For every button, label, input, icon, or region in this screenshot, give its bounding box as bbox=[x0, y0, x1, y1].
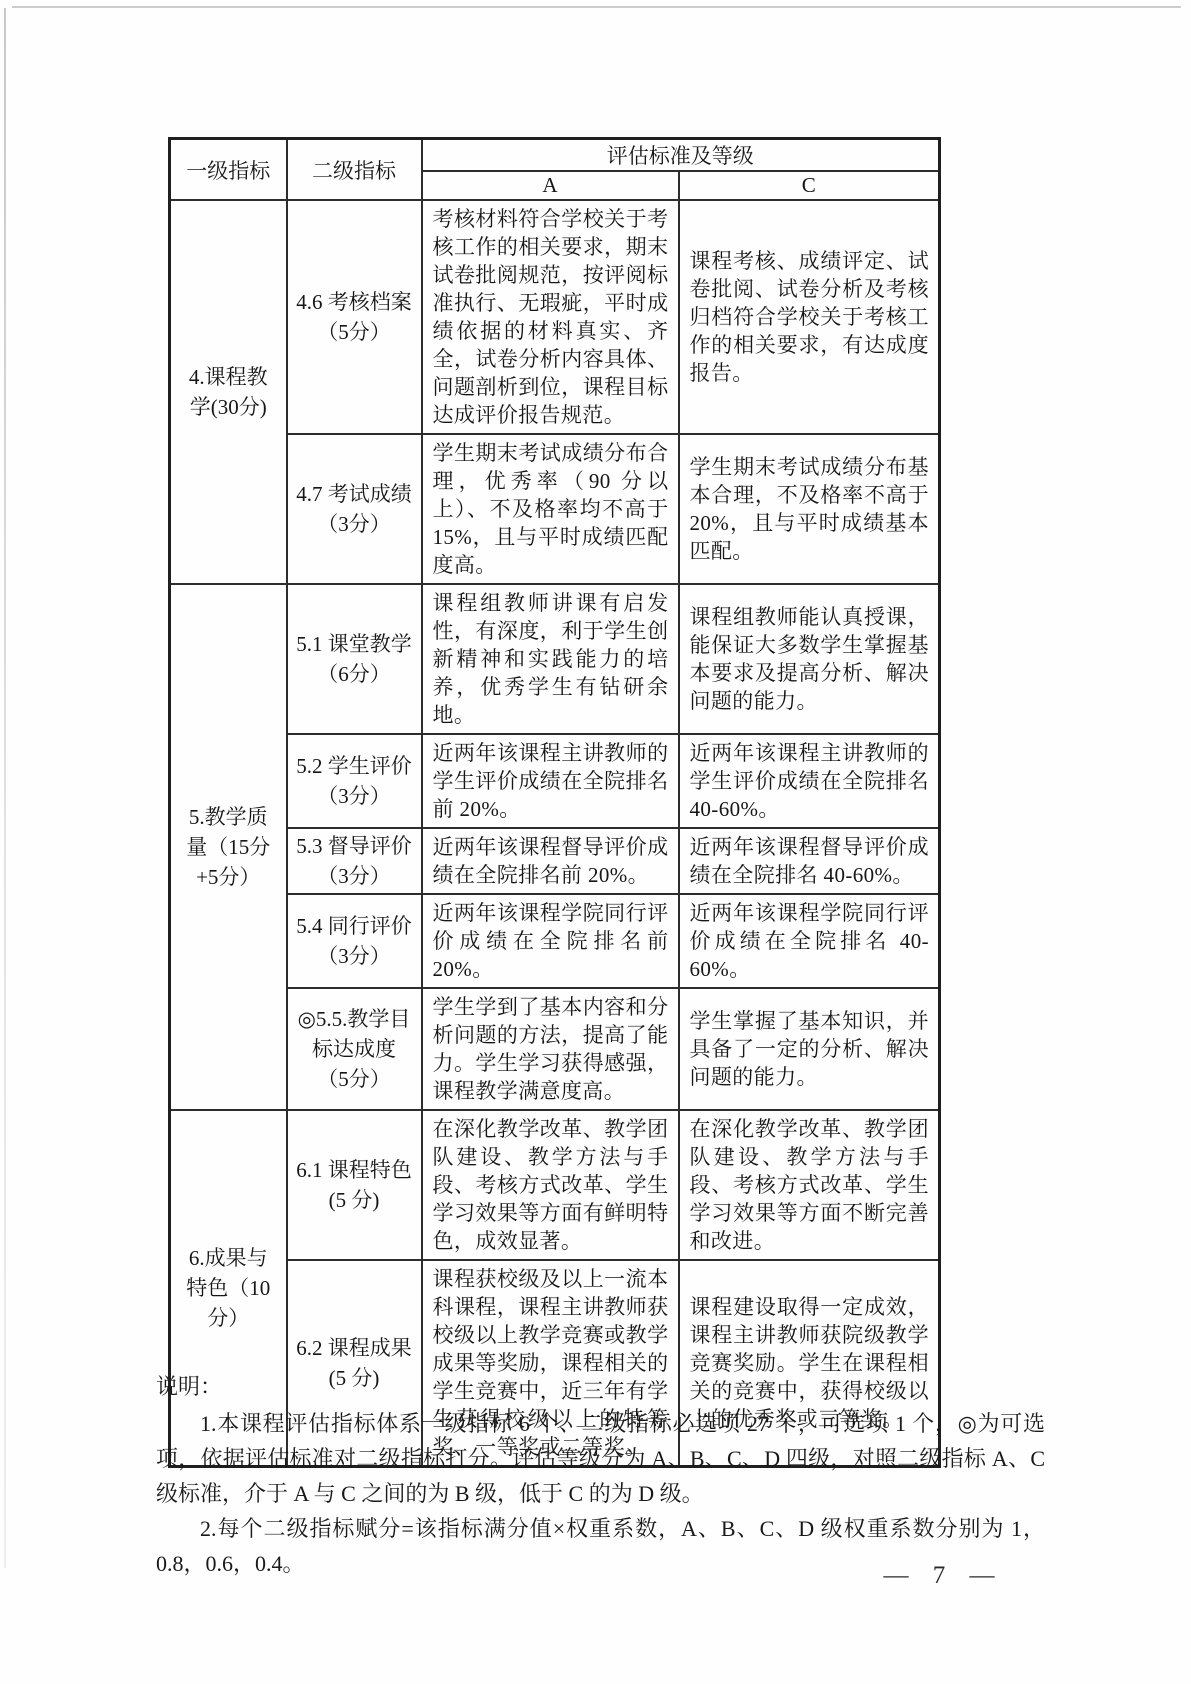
document-page: 一级指标 二级指标 评估标准及等级 A C 4.课程教 学(30分) 4.6 考… bbox=[0, 0, 1191, 1684]
table-row: 5.教学质 量（15分 +5分） 5.1 课堂教学 （6分） 课程组教师讲课有启… bbox=[170, 584, 940, 734]
table-row: 6.成果与 特色（10 分） 6.1 课程特色 (5 分) 在深化教学改革、教学… bbox=[170, 1110, 940, 1260]
level2-cell-5-3: 5.3 督导评价 （3分） bbox=[287, 828, 422, 894]
level2-cell-5-2: 5.2 学生评价 （3分） bbox=[287, 734, 422, 828]
level2-cell-4-6: 4.6 考核档案 （5分） bbox=[287, 200, 422, 434]
header-grade-c: C bbox=[679, 171, 940, 200]
grade-c-cell-4-7: 学生期末考试成绩分布基本合理，不及格率不高于 20%，且与平时成绩基本匹配。 bbox=[679, 434, 940, 584]
grade-a-cell-4-7: 学生期末考试成绩分布合理，优秀率（90 分以上）、不及格率均不高于 15%，且与… bbox=[422, 434, 679, 584]
level1-cell-teaching-quality: 5.教学质 量（15分 +5分） bbox=[170, 584, 287, 1110]
scan-artifact-left-line bbox=[4, 8, 6, 1568]
grade-a-cell-4-6: 考核材料符合学校关于考核工作的相关要求，期末试卷批阅规范，按评阅标准执行、无瑕疵… bbox=[422, 200, 679, 434]
page-number: — 7 — bbox=[828, 1562, 1052, 1590]
level2-cell-5-5: ◎5.5.教学目 标达成度 （5分） bbox=[287, 988, 422, 1110]
notes-section: 说明： 1.本课程评估指标体系一级指标 6 个、二级指标必选项 27 个，可选项… bbox=[156, 1369, 1045, 1581]
level2-cell-6-1: 6.1 课程特色 (5 分) bbox=[287, 1110, 422, 1260]
grade-c-cell-5-3: 近两年该课程督导评价成绩在全院排名 40-60%。 bbox=[679, 828, 940, 894]
grade-a-cell-5-3: 近两年该课程督导评价成绩在全院排名前 20%。 bbox=[422, 828, 679, 894]
table-row: 4.课程教 学(30分) 4.6 考核档案 （5分） 考核材料符合学校关于考核工… bbox=[170, 200, 940, 434]
notes-title: 说明： bbox=[156, 1369, 1045, 1404]
grade-c-cell-4-6: 课程考核、成绩评定、试卷批阅、试卷分析及考核归档符合学校关于考核工作的相关要求，… bbox=[679, 200, 940, 434]
header-level2-indicator: 二级指标 bbox=[287, 139, 422, 201]
grade-a-cell-6-1: 在深化教学改革、教学团队建设、教学方法与手段、考核方式改革、学生学习效果等方面有… bbox=[422, 1110, 679, 1260]
grade-c-cell-5-4: 近两年该课程学院同行评价成绩在全院排名 40-60%。 bbox=[679, 894, 940, 988]
grade-a-cell-5-4: 近两年该课程学院同行评价成绩在全院排名前 20%。 bbox=[422, 894, 679, 988]
grade-c-cell-6-1: 在深化教学改革、教学团队建设、教学方法与手段、考核方式改革、学生学习效果等方面不… bbox=[679, 1110, 940, 1260]
grade-a-cell-5-2: 近两年该课程主讲教师的学生评价成绩在全院排名前 20%。 bbox=[422, 734, 679, 828]
note-item-1: 1.本课程评估指标体系一级指标 6 个、二级指标必选项 27 个，可选项 1 个… bbox=[156, 1406, 1045, 1511]
header-grade-a: A bbox=[422, 171, 679, 200]
scan-artifact-top-line bbox=[12, 6, 1181, 8]
level2-cell-5-1: 5.1 课堂教学 （6分） bbox=[287, 584, 422, 734]
header-level1-indicator: 一级指标 bbox=[170, 139, 287, 201]
level2-cell-4-7: 4.7 考试成绩 （3分） bbox=[287, 434, 422, 584]
grade-c-cell-5-2: 近两年该课程主讲教师的学生评价成绩在全院排名 40-60%。 bbox=[679, 734, 940, 828]
level1-cell-course-teaching: 4.课程教 学(30分) bbox=[170, 200, 287, 584]
evaluation-criteria-table: 一级指标 二级指标 评估标准及等级 A C 4.课程教 学(30分) 4.6 考… bbox=[168, 137, 941, 1468]
grade-a-cell-5-5: 学生学到了基本内容和分析问题的方法，提高了能力。学生学习获得感强，课程教学满意度… bbox=[422, 988, 679, 1110]
grade-c-cell-5-5: 学生掌握了基本知识，并具备了一定的分析、解决问题的能力。 bbox=[679, 988, 940, 1110]
header-standards-and-grades: 评估标准及等级 bbox=[422, 139, 940, 172]
grade-c-cell-5-1: 课程组教师能认真授课，能保证大多数学生掌握基本要求及提高分析、解决问题的能力。 bbox=[679, 584, 940, 734]
grade-a-cell-5-1: 课程组教师讲课有启发性，有深度，利于学生创新精神和实践能力的培养，优秀学生有钻研… bbox=[422, 584, 679, 734]
level2-cell-5-4: 5.4 同行评价 （3分） bbox=[287, 894, 422, 988]
